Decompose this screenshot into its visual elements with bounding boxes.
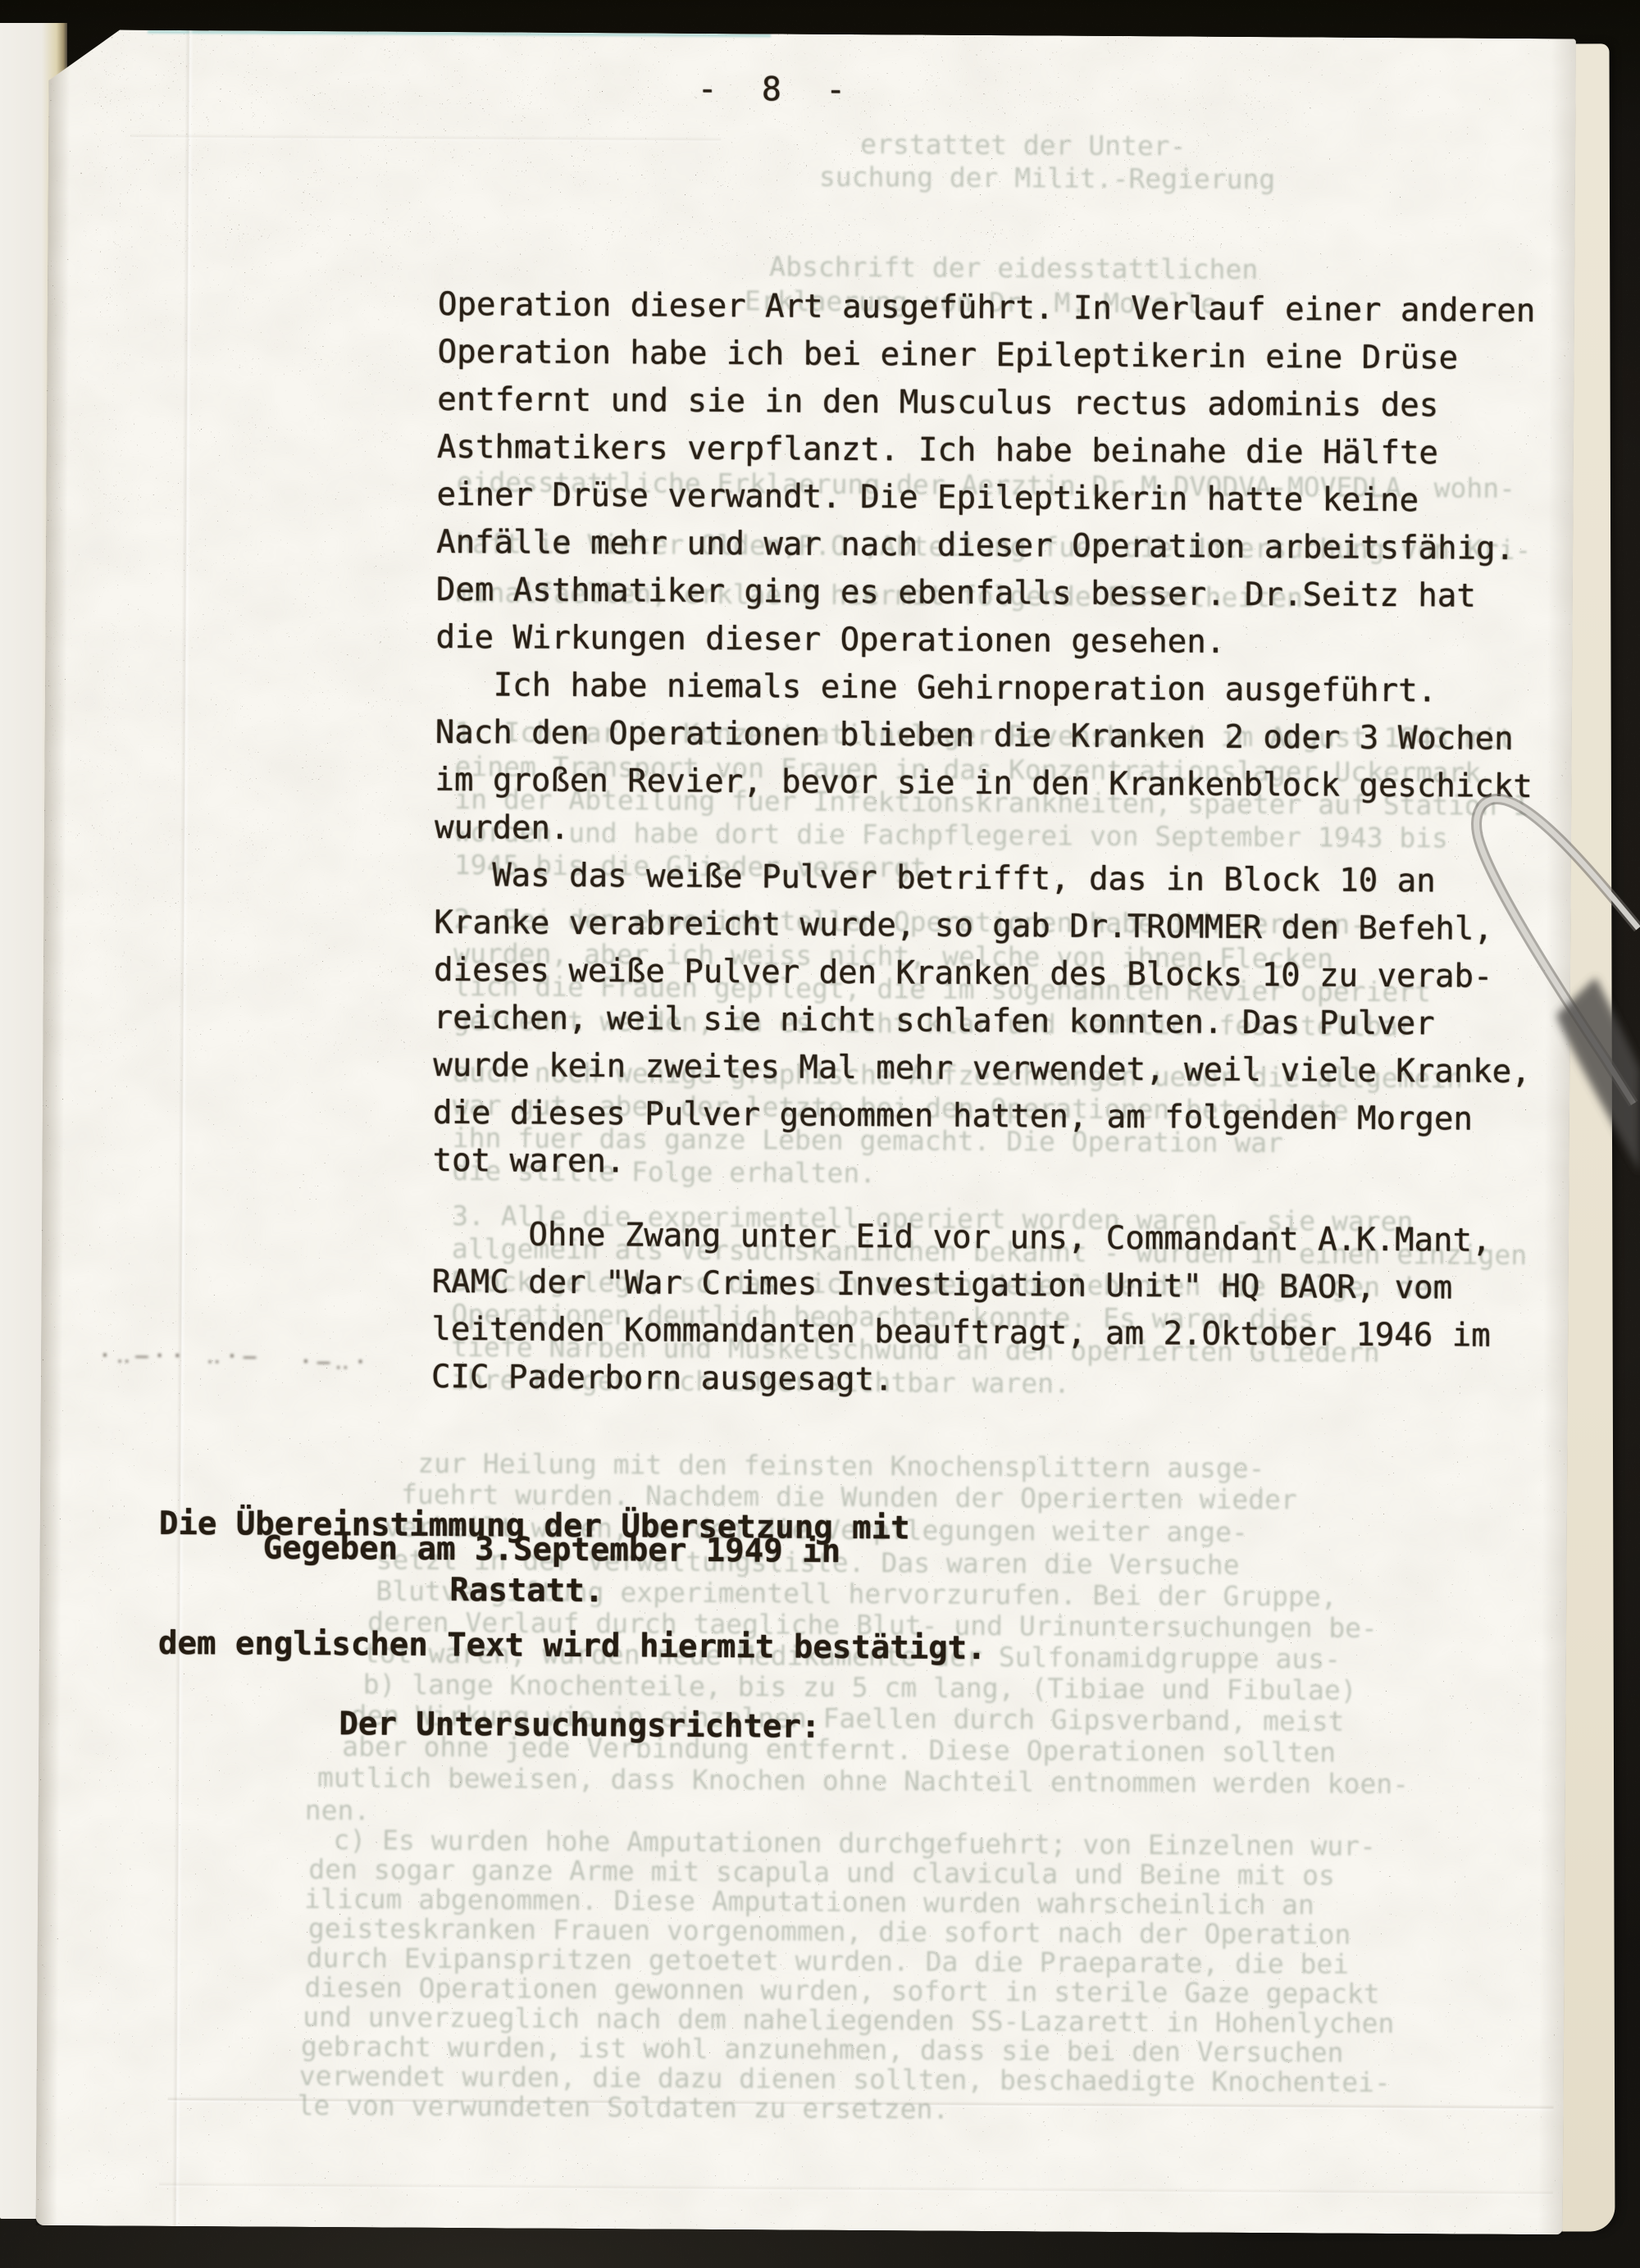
metal-page-clip bbox=[0, 0, 1640, 2268]
scanned-document-page: erstattet der Unter-suchung der Milit.-R… bbox=[0, 0, 1640, 2268]
